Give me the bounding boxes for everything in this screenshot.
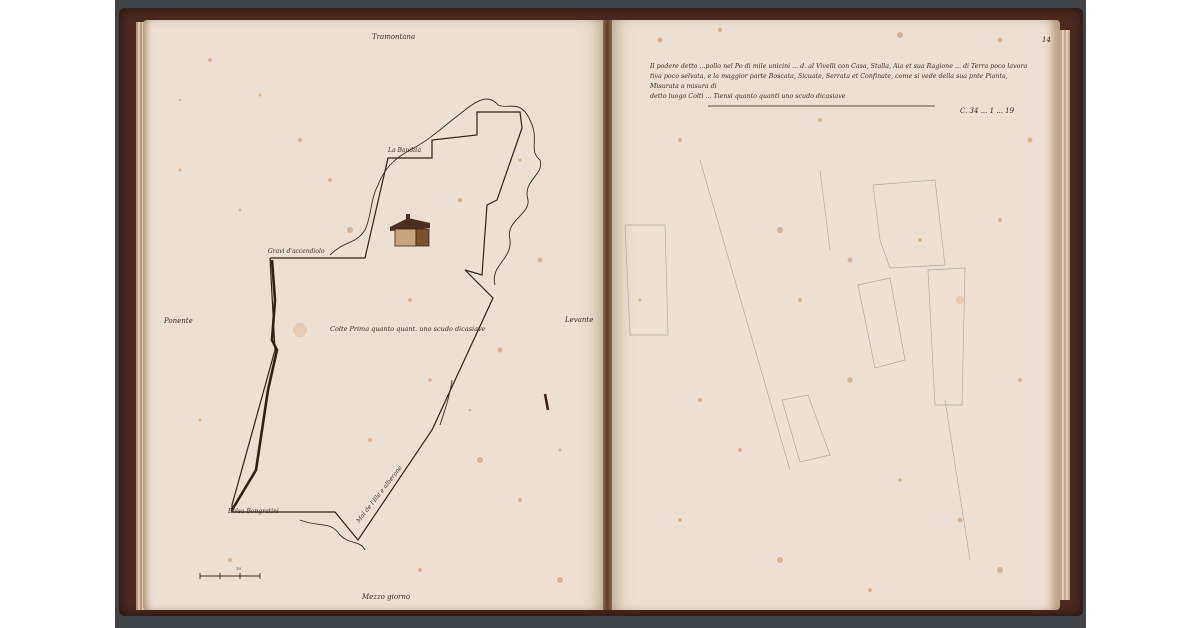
river-rio [232,260,277,510]
farmhouse-icon [390,214,430,246]
property-description: Il podere detto ...pollo nel Po di mile … [650,62,1030,102]
measure-annotation: C. 34 ... 1 ... 19 [960,107,1014,115]
compass-south-label: Mezzo giorno [362,593,410,601]
compass-east-label: Levante [565,316,593,324]
boundary-label-bolsa: Bolsa Bongratini [228,508,279,515]
centre-inscription: Colte Prima quanto quant. uno scudo dica… [330,325,486,333]
compass-west-label: Ponente [164,317,193,325]
folio-number: 14 [1042,36,1051,44]
scale-bar [200,573,260,579]
description-line-2: tiva poco selvata, e la maggior parte Bo… [650,72,1030,92]
ink-blot [545,394,548,410]
boundary-label-bandita: La Bandita [388,147,421,154]
pencil-sketches [625,160,970,560]
compass-north-label: Tramontana [372,33,415,41]
foxing-spots [178,28,1032,592]
scale-bar-label: 10 [236,566,241,571]
boundary-label-gravi: Gravi d'accendiolo [268,248,325,255]
description-line-3: detto luogo Colti ... Tiensi quanto quan… [650,92,1030,102]
description-line-1: Il podere detto ...pollo nel Po di mile … [650,62,1030,72]
